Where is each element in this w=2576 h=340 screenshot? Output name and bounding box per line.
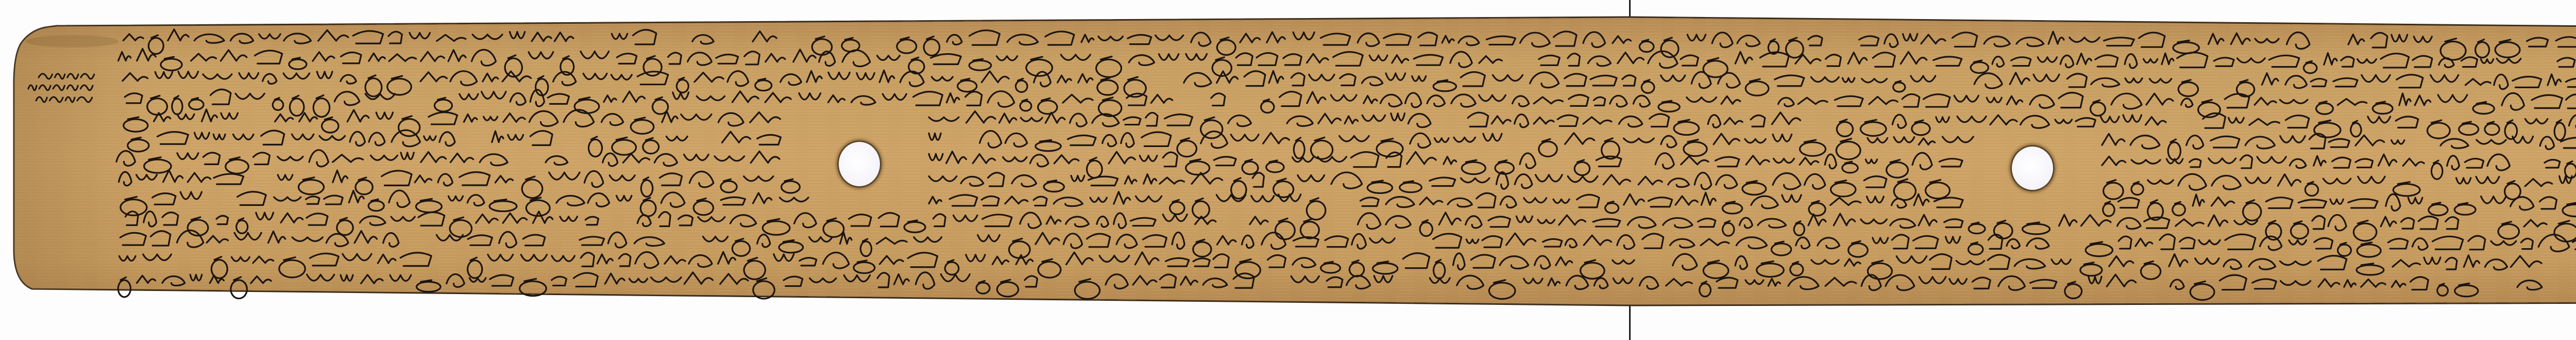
string-hole-right bbox=[2010, 145, 2055, 191]
string-hole-left bbox=[837, 140, 882, 188]
palm-leaf bbox=[0, 0, 2576, 340]
